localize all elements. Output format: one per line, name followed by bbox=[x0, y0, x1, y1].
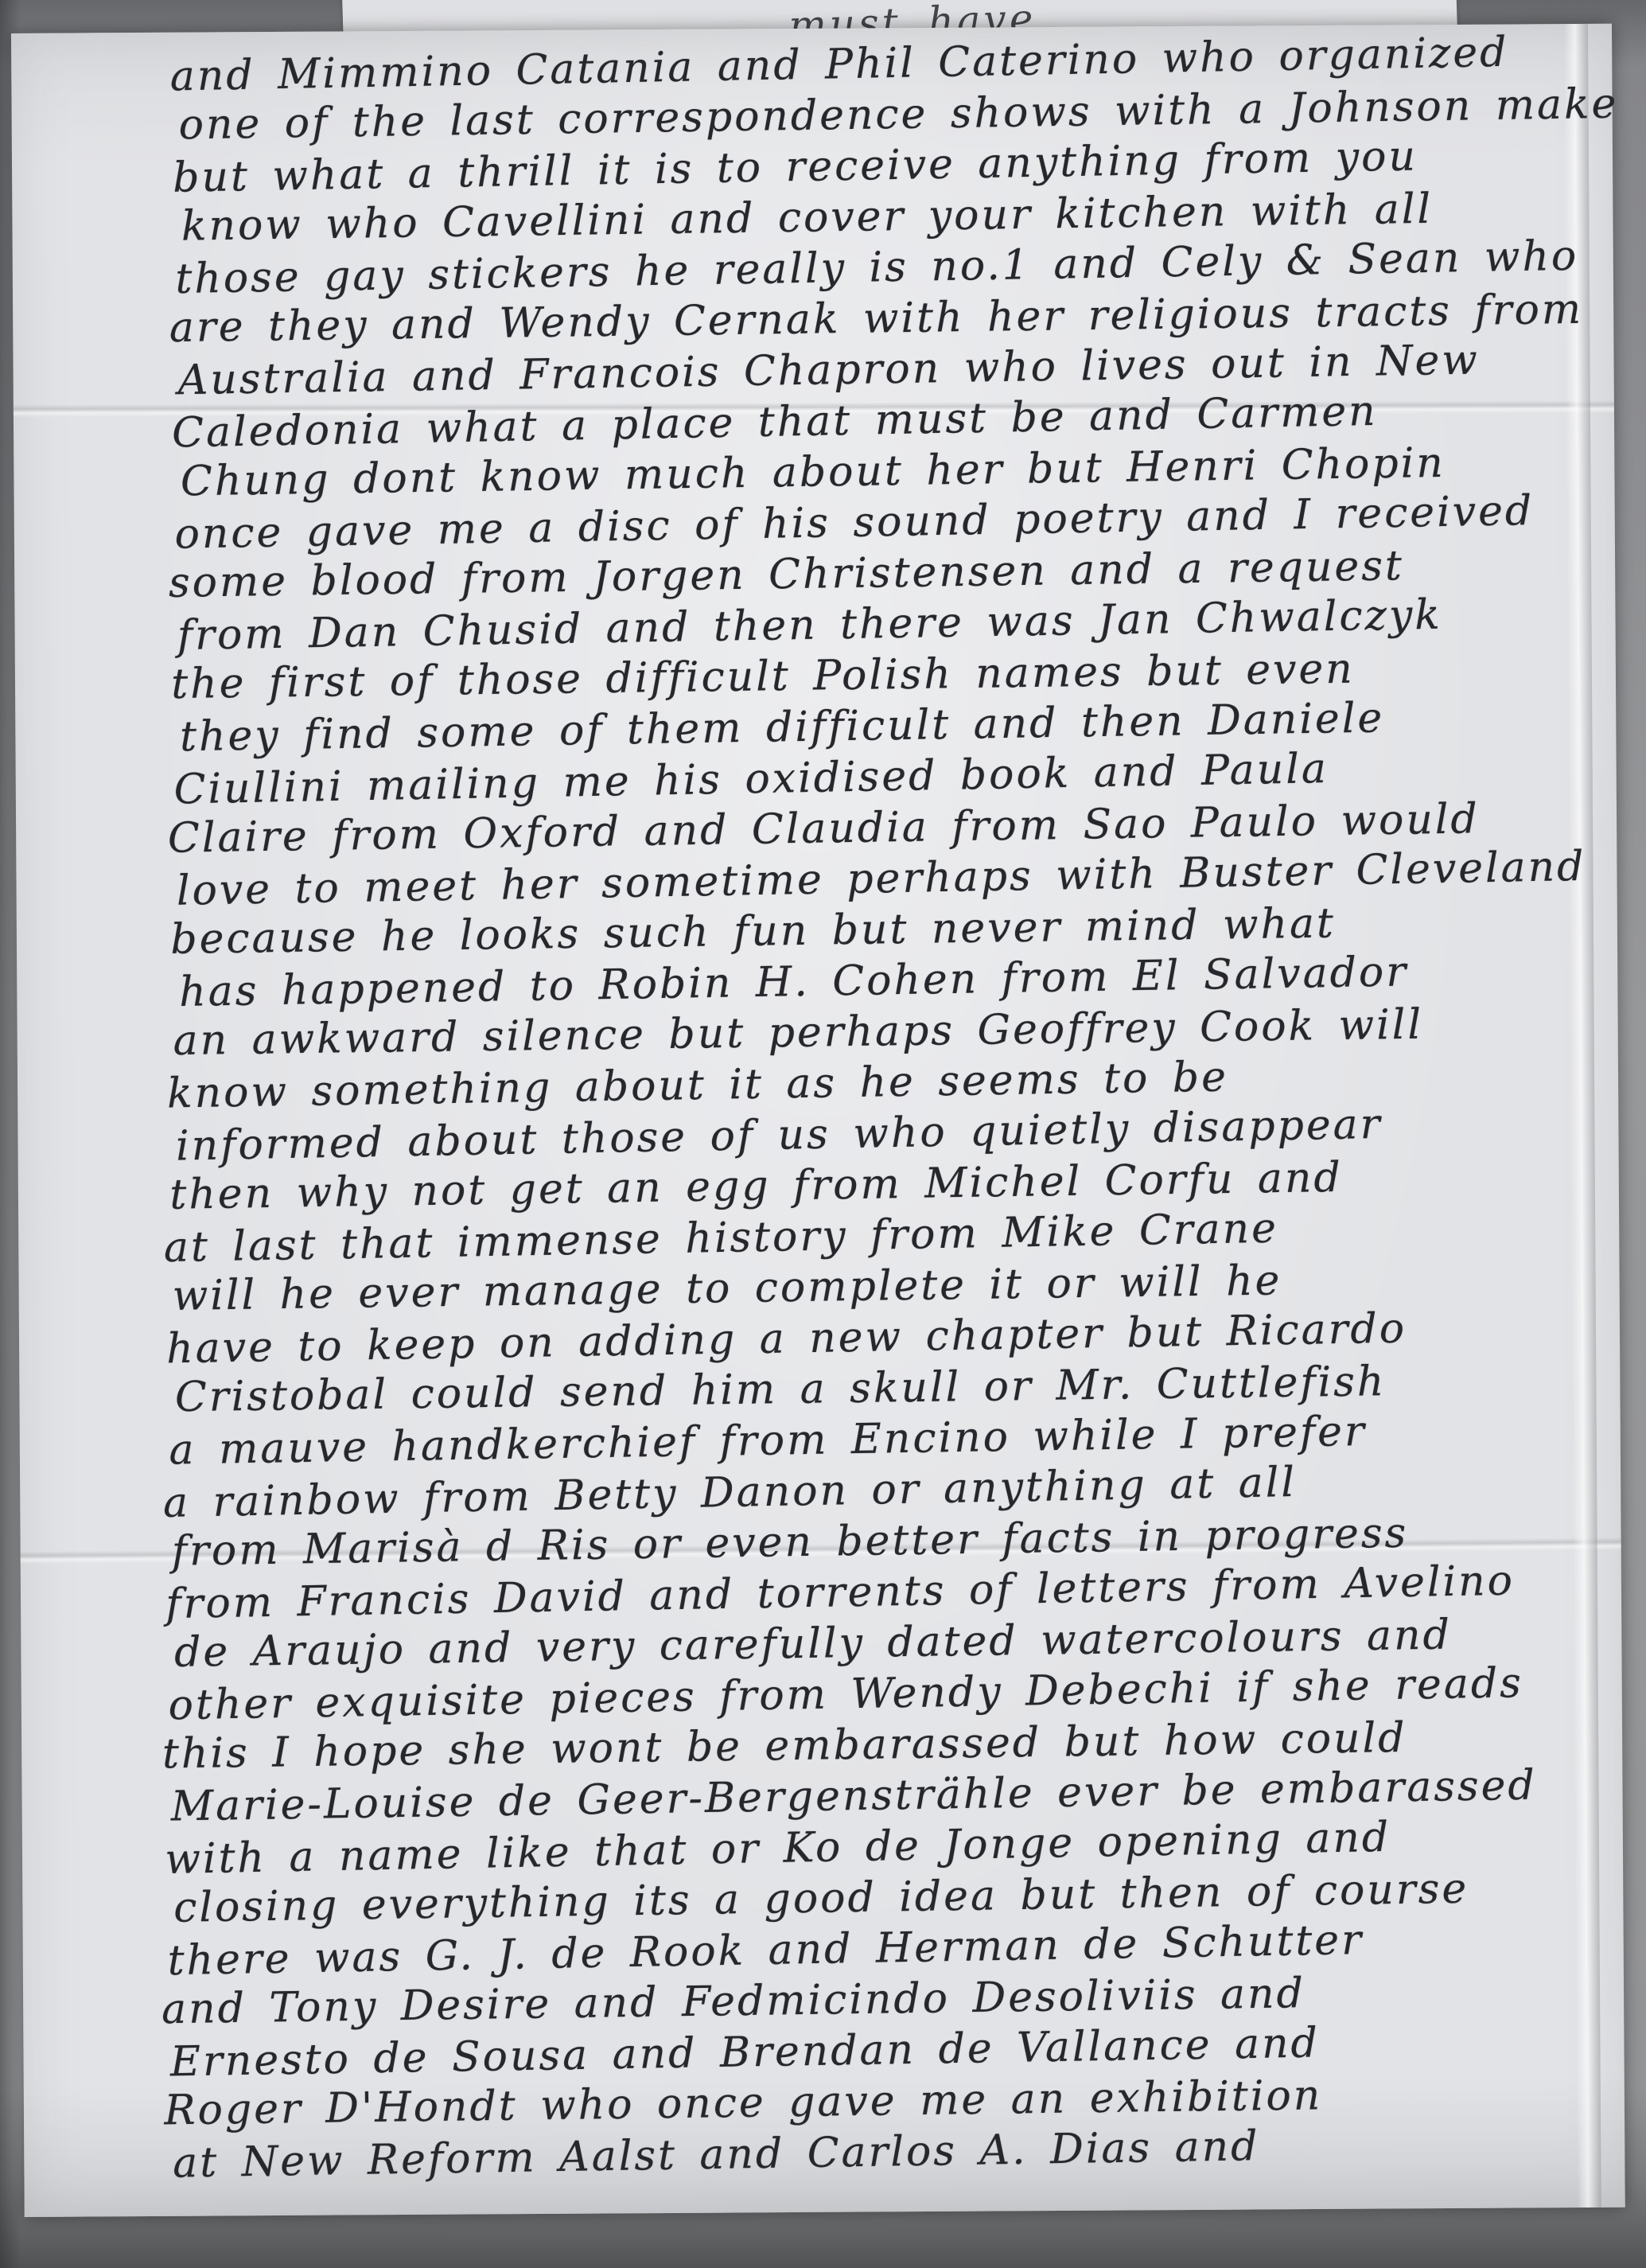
photo-background: must have and Mimmino Catania and Phil C… bbox=[0, 0, 1646, 2268]
letter-page: and Mimmino Catania and Phil Caterino wh… bbox=[11, 24, 1625, 2217]
handwritten-text: and Mimmino Catania and Phil Caterino wh… bbox=[130, 28, 1596, 2189]
